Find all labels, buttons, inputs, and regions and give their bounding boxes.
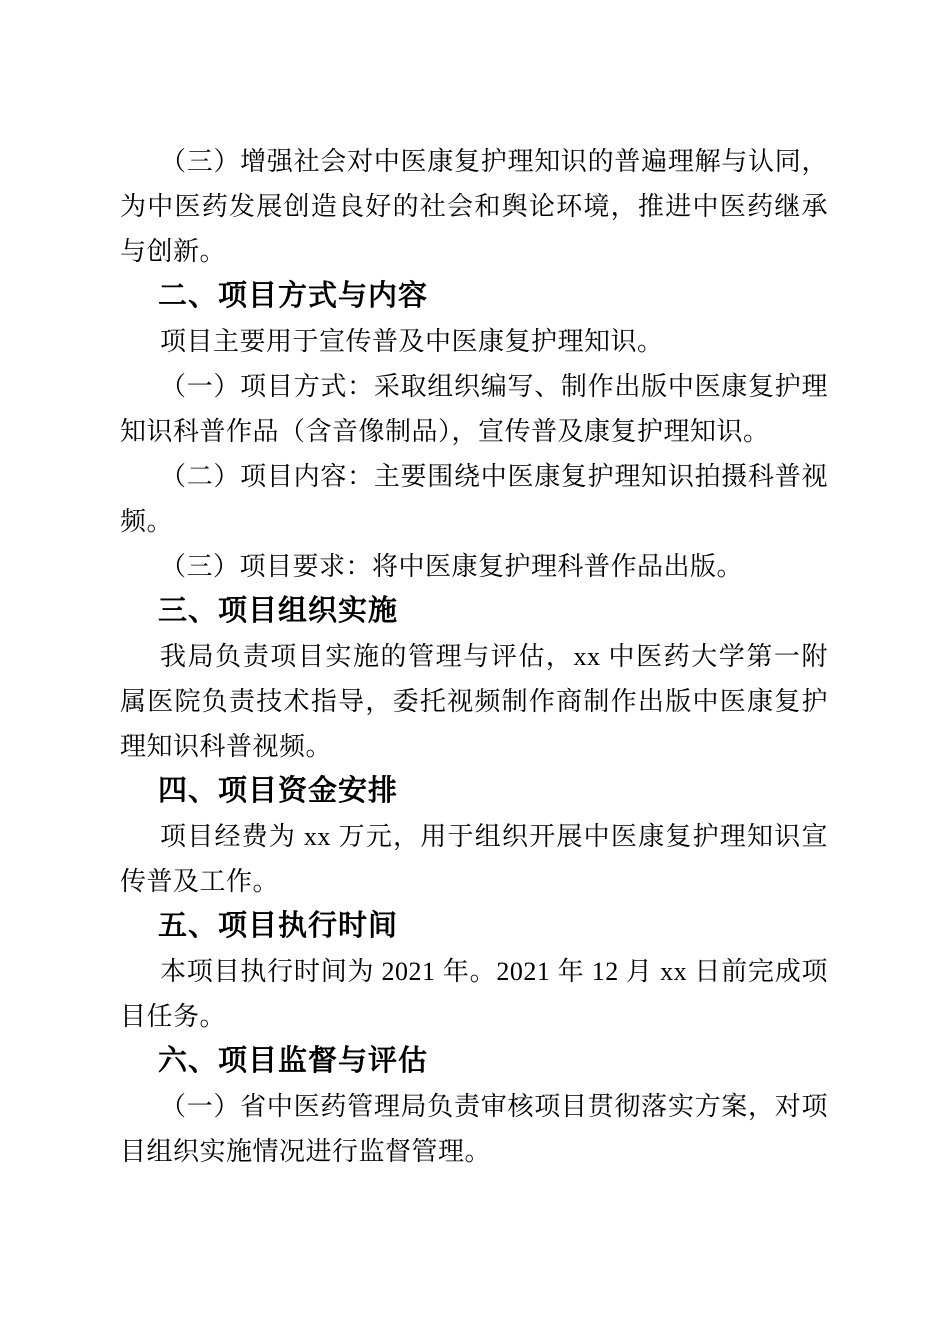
section-heading-3: 三、项目组织实施 xyxy=(120,589,828,634)
section-heading-6: 六、项目监督与评估 xyxy=(120,1039,828,1084)
paragraph-section4-body: 项目经费为 xx 万元，用于组织开展中医康复护理知识宣传普及工作。 xyxy=(120,814,828,904)
paragraph-section2-intro: 项目主要用于宣传普及中医康复护理知识。 xyxy=(120,319,828,364)
document-page: （三）增强社会对中医康复护理知识的普遍理解与认同，为中医药发展创造良好的社会和舆… xyxy=(0,0,950,1344)
paragraph-objective-3: （三）增强社会对中医康复护理知识的普遍理解与认同，为中医药发展创造良好的社会和舆… xyxy=(120,139,828,274)
paragraph-section2-item2: （二）项目内容：主要围绕中医康复护理知识拍摄科普视频。 xyxy=(120,454,828,544)
section-heading-2: 二、项目方式与内容 xyxy=(120,274,828,319)
paragraph-section6-item1: （一）省中医药管理局负责审核项目贯彻落实方案，对项目组织实施情况进行监督管理。 xyxy=(120,1084,828,1174)
paragraph-section2-item1: （一）项目方式：采取组织编写、制作出版中医康复护理知识科普作品（含音像制品），宣… xyxy=(120,364,828,454)
section-heading-4: 四、项目资金安排 xyxy=(120,769,828,814)
paragraph-section5-body: 本项目执行时间为 2021 年。2021 年 12 月 xx 日前完成项目任务。 xyxy=(120,949,828,1039)
paragraph-section3-body: 我局负责项目实施的管理与评估，xx 中医药大学第一附属医院负责技术指导，委托视频… xyxy=(120,634,828,769)
section-heading-5: 五、项目执行时间 xyxy=(120,904,828,949)
paragraph-section2-item3: （三）项目要求：将中医康复护理科普作品出版。 xyxy=(120,544,828,589)
document-content: （三）增强社会对中医康复护理知识的普遍理解与认同，为中医药发展创造良好的社会和舆… xyxy=(120,139,828,1174)
